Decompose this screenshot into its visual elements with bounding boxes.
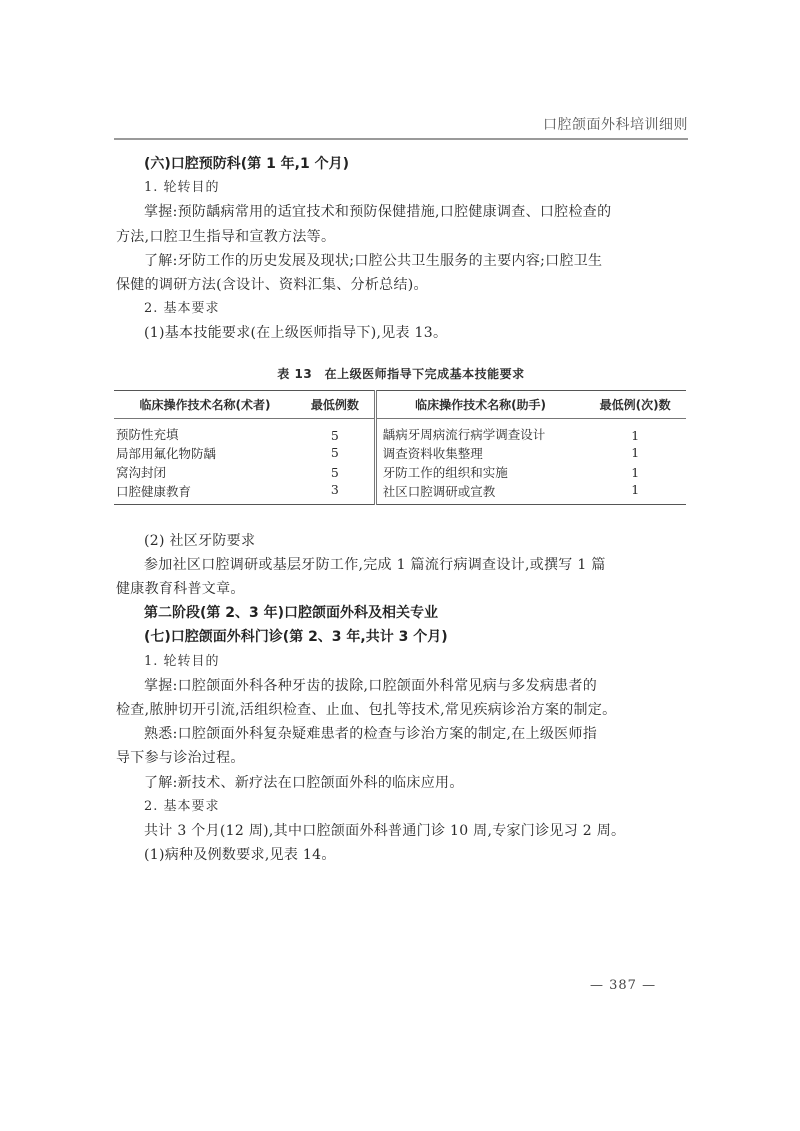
running-header: 口腔颌面外科培训细则 <box>114 112 688 140</box>
section-6-skills-intro: (1)基本技能要求(在上级医师指导下),见表 13。 <box>116 321 686 345</box>
assistant-minimum-cell: 1 <box>584 443 686 463</box>
operator-minimum-cell: 5 <box>296 463 375 483</box>
section-7-understand-line: 了解:新技术、新疗法在口腔颌面外科的临床应用。 <box>116 771 686 795</box>
community-heading: (2) 社区牙防要求 <box>116 529 686 553</box>
section-7-master-line-1: 掌握:口腔颌面外科各种牙齿的拔除,口腔颌面外科常见病与多发病患者的 <box>116 674 686 698</box>
section-7-objective-heading: 1. 轮转目的 <box>116 650 686 674</box>
section-6-master-line-2: 方法,口腔卫生指导和宣教方法等。 <box>116 225 686 249</box>
assistant-procedure-cell: 社区口腔调研或宣教 <box>375 482 584 504</box>
operator-procedure-cell: 局部用氟化物防龋 <box>114 443 296 463</box>
operator-procedure-cell: 预防性充填 <box>114 418 296 443</box>
assistant-minimum-cell: 1 <box>584 418 686 443</box>
page-content: (六)口腔预防科(第 1 年,1 个月) 1. 轮转目的 掌握:预防龋病常用的适… <box>116 152 686 867</box>
column-header-assistant-minimum: 最低例(次)数 <box>584 390 686 418</box>
section-6-requirements-heading: 2. 基本要求 <box>116 297 686 321</box>
section-7-familiar-line-2: 导下参与诊治过程。 <box>116 746 686 770</box>
section-7-cases-intro: (1)病种及例数要求,见表 14。 <box>116 843 686 867</box>
section-6-understand-line-1: 了解:牙防工作的历史发展及现状;口腔公共卫生服务的主要内容;口腔卫生 <box>116 249 686 273</box>
table-row: 预防性充填 5 龋病牙周病流行病学调查设计 1 <box>114 418 686 443</box>
assistant-procedure-cell: 龋病牙周病流行病学调查设计 <box>375 418 584 443</box>
assistant-minimum-cell: 1 <box>584 482 686 504</box>
table-row: 局部用氟化物防龋 5 调查资料收集整理 1 <box>114 443 686 463</box>
table-row: 窝沟封闭 5 牙防工作的组织和实施 1 <box>114 463 686 483</box>
community-line-1: 参加社区口腔调研或基层牙防工作,完成 1 篇流行病调查设计,或撰写 1 篇 <box>116 553 686 577</box>
column-header-operator-procedure: 临床操作技术名称(术者) <box>114 390 296 418</box>
section-7-requirements-heading: 2. 基本要求 <box>116 795 686 819</box>
section-7-familiar-line-1: 熟悉:口腔颌面外科复杂疑难患者的检查与诊治方案的制定,在上级医师指 <box>116 722 686 746</box>
column-header-assistant-procedure: 临床操作技术名称(助手) <box>375 390 584 418</box>
running-header-title: 口腔颌面外科培训细则 <box>543 114 688 134</box>
operator-procedure-cell: 窝沟封闭 <box>114 463 296 483</box>
spacer <box>116 505 686 529</box>
operator-minimum-cell: 3 <box>296 482 375 504</box>
section-7-total-line: 共计 3 个月(12 周),其中口腔颌面外科普通门诊 10 周,专家门诊见习 2… <box>116 819 686 843</box>
operator-minimum-cell: 5 <box>296 443 375 463</box>
section-7-master-line-2: 检查,脓肿切开引流,活组织检查、止血、包扎等技术,常见疾病诊治方案的制定。 <box>116 698 686 722</box>
table-row: 口腔健康教育 3 社区口腔调研或宣教 1 <box>114 482 686 504</box>
section-6-objective-heading: 1. 轮转目的 <box>116 176 686 200</box>
assistant-minimum-cell: 1 <box>584 463 686 483</box>
assistant-procedure-cell: 牙防工作的组织和实施 <box>375 463 584 483</box>
section-7-title: (七)口腔颌面外科门诊(第 2、3 年,共计 3 个月) <box>116 625 686 649</box>
operator-procedure-cell: 口腔健康教育 <box>114 482 296 504</box>
section-6-title: (六)口腔预防科(第 1 年,1 个月) <box>116 152 686 176</box>
operator-minimum-cell: 5 <box>296 418 375 443</box>
section-6-master-line-1: 掌握:预防龋病常用的适宜技术和预防保健措施,口腔健康调查、口腔检查的 <box>116 200 686 224</box>
stage-2-title: 第二阶段(第 2、3 年)口腔颌面外科及相关专业 <box>116 601 686 625</box>
column-header-operator-minimum: 最低例数 <box>296 390 375 418</box>
section-6-understand-line-2: 保健的调研方法(含设计、资料汇集、分析总结)。 <box>116 273 686 297</box>
table-13-caption: 表 13 在上级医师指导下完成基本技能要求 <box>116 365 686 382</box>
table-header-row: 临床操作技术名称(术者) 最低例数 临床操作技术名称(助手) 最低例(次)数 <box>114 390 686 418</box>
community-line-2: 健康教育科普文章。 <box>116 577 686 601</box>
table-13: 临床操作技术名称(术者) 最低例数 临床操作技术名称(助手) 最低例(次)数 预… <box>114 390 686 505</box>
assistant-procedure-cell: 调查资料收集整理 <box>375 443 584 463</box>
page-number: — 387 — <box>590 978 656 993</box>
